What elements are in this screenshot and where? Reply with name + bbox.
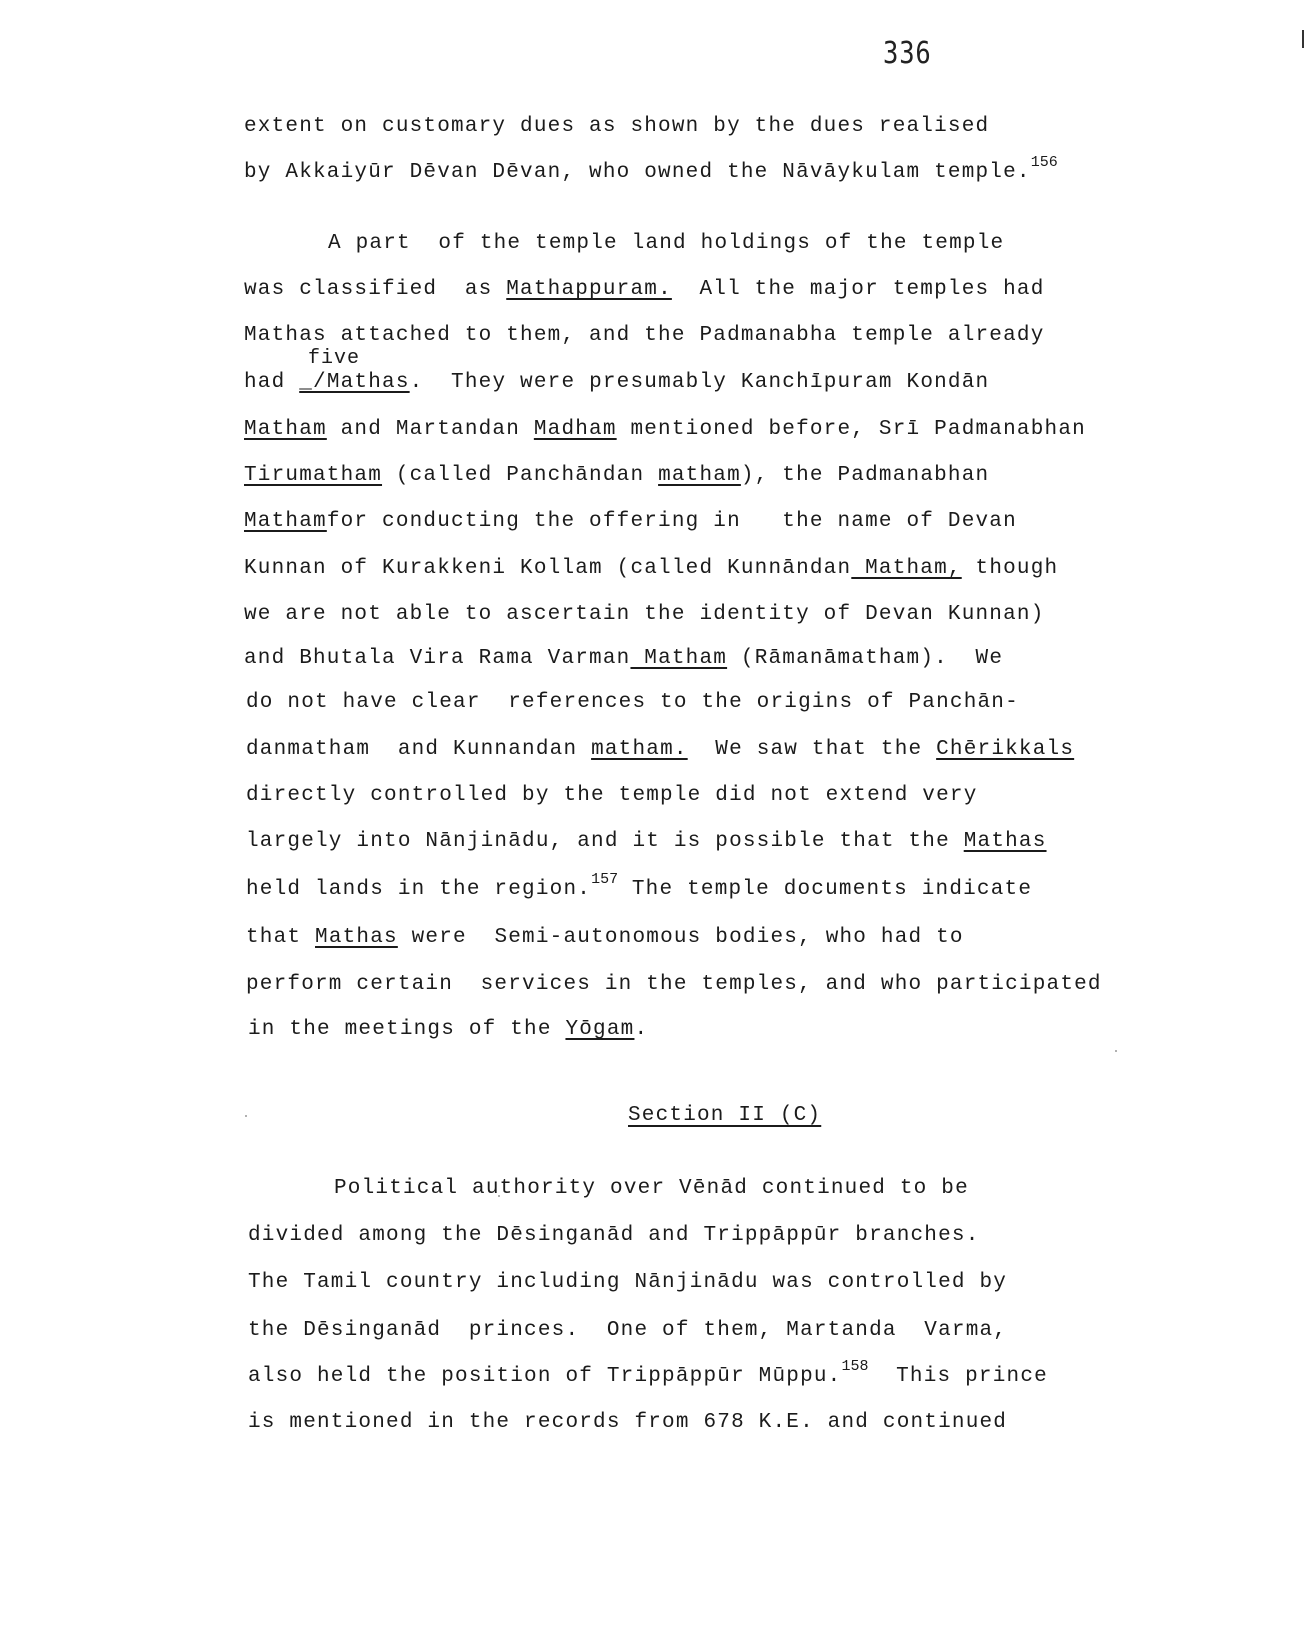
term-mathas: Mathas xyxy=(964,830,1047,853)
paragraph-2-line-9: we are not able to ascertain the identit… xyxy=(244,602,1045,628)
section-paragraph-line-6: is mentioned in the records from 678 K.E… xyxy=(248,1410,1007,1436)
paragraph-1-line-2: by Akkaiyūr Dēvan Dēvan, who owned the N… xyxy=(244,160,1058,186)
line-text: mentioned before, Srī Padmanabhan xyxy=(617,418,1086,441)
section-paragraph-line-5: also held the position of Trippāppūr Mūp… xyxy=(248,1364,1048,1390)
line-text: This prince xyxy=(869,1365,1048,1388)
term-matham: Matham, xyxy=(851,557,961,580)
section-paragraph-line-4: the Dēsinganād princes. One of them, Mar… xyxy=(248,1318,1007,1344)
section-paragraph-line-1: Political authority over Vēnād continued… xyxy=(334,1176,969,1202)
line-text: (called Panchāndan xyxy=(382,464,658,487)
paragraph-2-line-6: Tirumatham (called Panchāndan matham), t… xyxy=(244,463,989,489)
line-text: held lands in the region. xyxy=(246,878,591,901)
paragraph-1-line-1: extent on customary dues as shown by the… xyxy=(244,114,989,140)
scan-speck xyxy=(498,1195,500,1197)
footnote-marker-157[interactable]: 157 xyxy=(591,871,618,888)
paragraph-2-line-4: had _/Mathas. They were presumably Kanch… xyxy=(244,370,989,396)
term-matham: Matham xyxy=(630,647,727,670)
term-matham: matham xyxy=(658,464,741,487)
term-mathas: Mathas xyxy=(315,926,398,949)
line-text: Kunnan of Kurakkeni Kollam (called Kunnā… xyxy=(244,557,851,580)
paragraph-2-line-7: Mathamfor conducting the offering in the… xyxy=(244,509,1017,535)
line-text: and Bhutala Vira Rama Varman xyxy=(244,647,630,670)
paragraph-2-line-16: that Mathas were Semi-autonomous bodies,… xyxy=(246,925,964,951)
paragraph-2-line-12: danmatham and Kunnandan matham. We saw t… xyxy=(246,737,1074,763)
section-paragraph-line-2: divided among the Dēsinganād and Trippāp… xyxy=(248,1223,980,1249)
paragraph-2-line-8: Kunnan of Kurakkeni Kollam (called Kunnā… xyxy=(244,556,1058,582)
paragraph-2-line-14: largely into Nānjinādu, and it is possib… xyxy=(246,829,1047,855)
paragraph-2-line-15: held lands in the region.157 The temple … xyxy=(246,877,1032,903)
line-text: and Martandan xyxy=(327,418,534,441)
section-paragraph-line-3: The Tamil country including Nānjinādu wa… xyxy=(248,1270,1007,1296)
line-text: in the meetings of the xyxy=(248,1018,565,1041)
line-text: The temple documents indicate xyxy=(618,878,1032,901)
paragraph-2-line-17: perform certain services in the temples,… xyxy=(246,972,1102,998)
line-text: We saw that the xyxy=(688,738,936,761)
page-number: 336 xyxy=(883,36,932,71)
line-text: largely into Nānjinādu, and it is possib… xyxy=(246,830,964,853)
paragraph-2-line-10: and Bhutala Vira Rama Varman Matham (Rām… xyxy=(244,646,1003,672)
line-text: . They were presumably Kanchīpuram Kondā… xyxy=(410,371,990,394)
term-matham: matham. xyxy=(591,738,688,761)
term-mathas: _/Mathas xyxy=(299,371,409,394)
line-text: for conducting the offering in the name … xyxy=(327,510,1017,533)
paragraph-2-line-18: in the meetings of the Yōgam. xyxy=(248,1017,648,1043)
line-text: was classified as xyxy=(244,278,506,301)
footnote-marker-156[interactable]: 156 xyxy=(1031,154,1058,171)
scan-speck xyxy=(245,1115,247,1117)
paragraph-2-line-13: directly controlled by the temple did no… xyxy=(246,783,978,809)
line-text: that xyxy=(246,926,315,949)
line-text: also held the position of Trippāppūr Mūp… xyxy=(248,1365,842,1388)
paragraph-2-line-1: A part of the temple land holdings of th… xyxy=(328,231,1004,257)
line-text: danmatham and Kunnandan xyxy=(246,738,591,761)
paragraph-2-line-3: Mathas attached to them, and the Padmana… xyxy=(244,323,1045,349)
paragraph-2-line-5: Matham and Martandan Madham mentioned be… xyxy=(244,417,1086,443)
term-cherikkals: Chērikkals xyxy=(936,738,1074,761)
term-matham: Matham xyxy=(244,510,327,533)
scan-edge-mark xyxy=(1302,30,1304,48)
handwritten-insertion: five xyxy=(308,347,360,370)
section-heading: Section II (C) xyxy=(628,1104,821,1127)
term-matham: Matham xyxy=(244,418,327,441)
line-text: . xyxy=(634,1018,648,1041)
line-text: had xyxy=(244,371,299,394)
line-text: were Semi-autonomous bodies, who had to xyxy=(398,926,964,949)
term-tirumatham: Tirumatham xyxy=(244,464,382,487)
line-text: by Akkaiyūr Dēvan Dēvan, who owned the N… xyxy=(244,161,1031,184)
term-mathappuram: Mathappuram. xyxy=(506,278,672,301)
line-text: ), the Padmanabhan xyxy=(741,464,989,487)
term-yogam: Yōgam xyxy=(565,1018,634,1041)
line-text: though xyxy=(962,557,1059,580)
scanned-document-page: 336 extent on customary dues as shown by… xyxy=(0,0,1307,1646)
term-madham: Madham xyxy=(534,418,617,441)
paragraph-2-line-2: was classified as Mathappuram. All the m… xyxy=(244,277,1045,303)
scan-speck xyxy=(1115,1050,1117,1052)
line-text: (Rāmanāmatham). We xyxy=(727,647,1003,670)
footnote-marker-158[interactable]: 158 xyxy=(842,1358,869,1375)
line-text: All the major temples had xyxy=(672,278,1045,301)
paragraph-2-line-11: do not have clear references to the orig… xyxy=(246,690,1019,716)
